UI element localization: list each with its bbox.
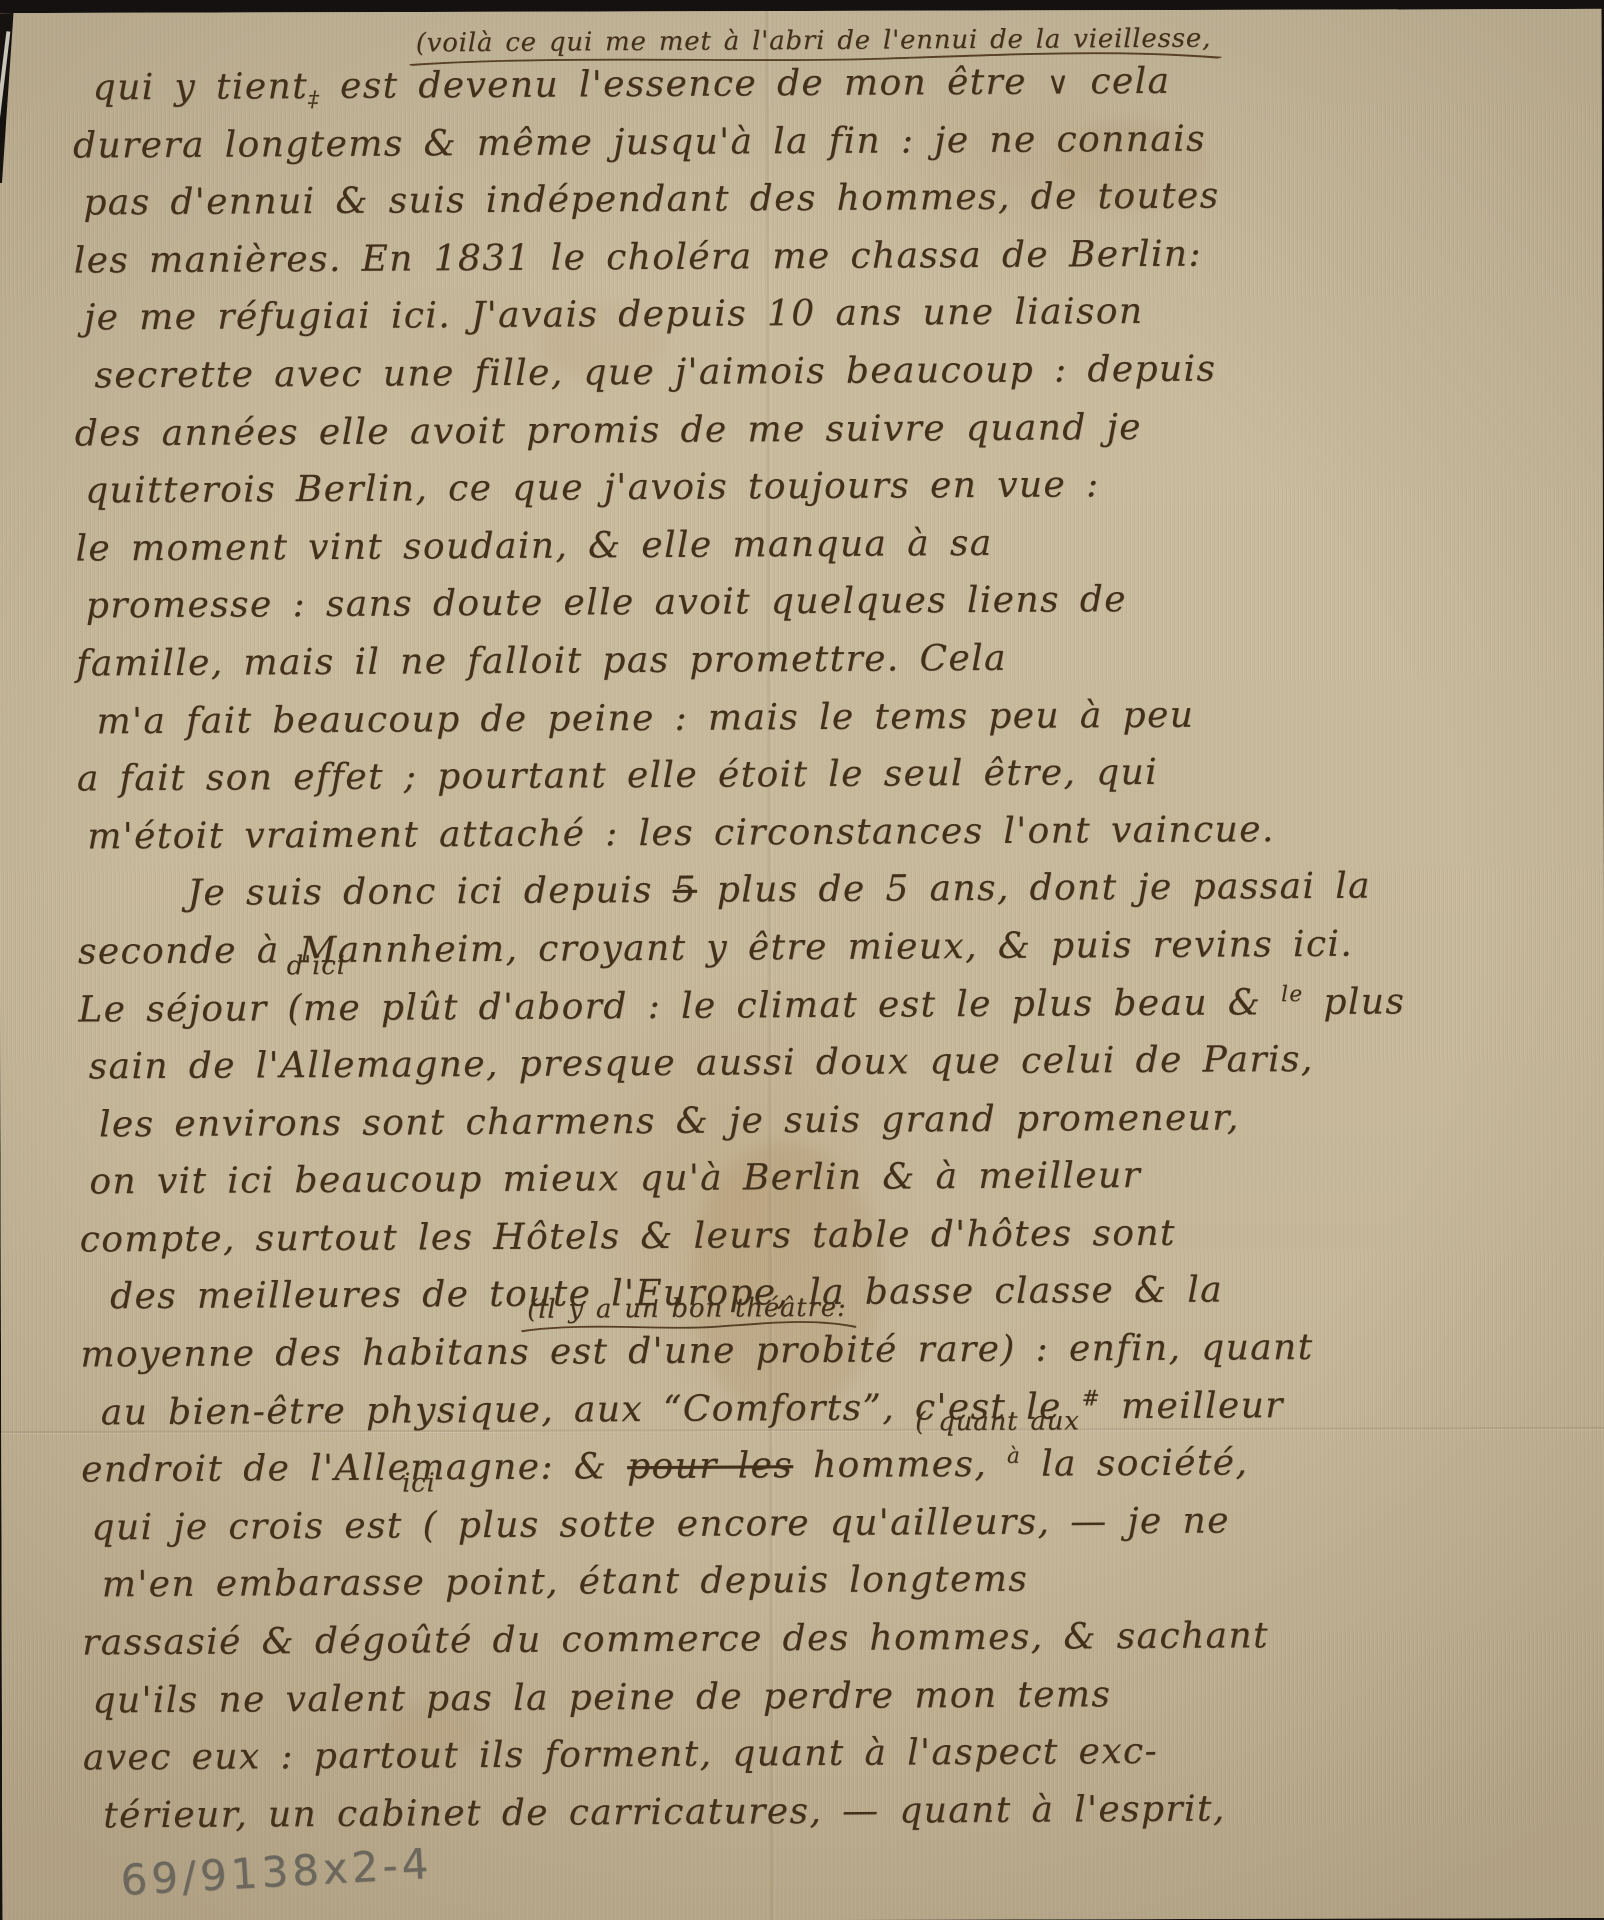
text-segment: quitterois Berlin, ce que j'avois toujou…	[85, 464, 1100, 511]
interlinear-insertion: (voilà ce qui me met à l'abri de l'ennui…	[416, 26, 1211, 57]
manuscript-line: m'a fait beaucoup de peine : mais le tem…	[96, 684, 1566, 751]
manuscript-line: sain de l'Allemagne, presque aussi doux …	[88, 1029, 1568, 1096]
text-segment: on vit ici beaucoup mieux qu'à Berlin & …	[89, 1155, 1141, 1202]
insertion-text: ( quant aux	[915, 1407, 1080, 1438]
manuscript-line: compte, surtout les Hôtels & leurs table…	[80, 1202, 1570, 1269]
text-segment: plus	[1303, 981, 1405, 1023]
text-segment: endroit de l'Allemagne: &	[81, 1446, 627, 1490]
text-segment: promesse : sans doute elle avoit quelque…	[86, 579, 1127, 626]
text-segment: #	[1081, 1386, 1101, 1411]
interlinear-insertion: ( quant aux	[915, 1409, 1080, 1436]
text-segment: m'étoit vraiment attaché : les circonsta…	[87, 809, 1275, 857]
text-segment: meilleur	[1101, 1385, 1284, 1427]
insertion-text: ici	[402, 1468, 436, 1498]
manuscript-line: famille, mais il ne falloit pas promettr…	[76, 626, 1566, 693]
manuscript-line: promesse : sans doute elle avoit quelque…	[86, 569, 1566, 636]
text-segment: hommes,	[793, 1444, 1007, 1486]
text-segment: térieur, un cabinet de carricatures, — q…	[103, 1788, 1226, 1836]
text-segment: le moment vint soudain, & elle manqua à …	[75, 523, 992, 570]
text-segment: qu'ils ne valent pas la peine de perdre …	[92, 1674, 1111, 1721]
text-segment: Je suis donc ici depuis	[187, 870, 672, 914]
text-segment: cela	[1070, 61, 1170, 103]
manuscript-line: qui y tient‡ est devenu l'essence de mon…	[93, 50, 1563, 117]
manuscript-line: des années elle avoit promis de me suivr…	[75, 396, 1565, 463]
manuscript-line: quitterois Berlin, ce que j'avois toujou…	[85, 454, 1565, 521]
text-segment: des années elle avoit promis de me suivr…	[75, 407, 1142, 455]
manuscript-line: qu'ils ne valent pas la peine de perdre …	[92, 1663, 1572, 1730]
manuscript-line: Je suis donc ici depuis 5 plus de 5 ans,…	[187, 857, 1567, 923]
interlinear-insertion: (il y a un bon théâtre:	[527, 1295, 846, 1323]
text-segment: qui je crois est ( plus sotte encore qu'…	[91, 1500, 1230, 1548]
manuscript-line: pas d'ennui & suis indépendant des homme…	[83, 166, 1563, 233]
manuscript-page: qui y tient‡ est devenu l'essence de mon…	[0, 9, 1604, 1920]
text-segment: à	[1007, 1444, 1021, 1469]
text-segment: sain de l'Allemagne, presque aussi doux …	[89, 1039, 1314, 1087]
text-segment: les manières. En 1831 le choléra me chas…	[74, 233, 1202, 281]
manuscript-line: je me réfugiai ici. J'avais depuis 10 an…	[84, 281, 1564, 348]
text-segment: compte, surtout les Hôtels & leurs table…	[80, 1213, 1176, 1261]
manuscript-line: moyenne des habitans est d'une probité r…	[80, 1317, 1570, 1384]
text-segment: durera longtems & même jusqu'à la fin : …	[73, 118, 1206, 166]
text-segment: pas d'ennui & suis indépendant des homme…	[83, 176, 1219, 224]
text-segment: famille, mais il ne falloit pas promettr…	[76, 638, 1007, 685]
manuscript-line: a fait son effet ; pourtant elle étoit l…	[77, 742, 1567, 809]
text-segment: le	[1281, 982, 1304, 1007]
manuscript-line: qui je crois est ( plus sotte encore qu'…	[91, 1490, 1571, 1557]
manuscript-line: les environs sont charmens & je suis gra…	[99, 1087, 1569, 1154]
manuscript-line: avec eux : partout ils forment, quant à …	[83, 1721, 1573, 1788]
text-segment: plus de 5 ans, dont je passai la	[697, 866, 1371, 911]
letter-text: qui y tient‡ est devenu l'essence de mon…	[73, 50, 1574, 1844]
text-segment: seconde à Mannheim, croyant y être mieux…	[78, 924, 1353, 973]
manuscript-line: au bien-être physique, aux “Comforts”, c…	[101, 1375, 1571, 1442]
text-segment: secrette avec une fille, que j'aimois be…	[94, 349, 1216, 397]
text-segment: ∨	[1047, 66, 1071, 101]
text-segment: m'en embarasse point, étant depuis longt…	[102, 1559, 1029, 1606]
text-segment: 5	[673, 870, 698, 911]
text-segment: pour les	[627, 1445, 793, 1487]
text-segment: la société,	[1021, 1443, 1248, 1485]
insertion-underline	[521, 1317, 856, 1335]
text-segment: moyenne des habitans est d'une probité r…	[80, 1327, 1313, 1376]
manuscript-line: les manières. En 1831 le choléra me chas…	[74, 223, 1564, 290]
text-segment: rassasié & dégoûté du commerce des homme…	[82, 1615, 1269, 1663]
manuscript-line: on vit ici beaucoup mieux qu'à Berlin & …	[89, 1145, 1569, 1212]
text-segment: a fait son effet ; pourtant elle étoit l…	[77, 752, 1158, 800]
text-segment: avec eux : partout ils forment, quant à …	[83, 1731, 1158, 1779]
manuscript-line: m'étoit vraiment attaché : les circonsta…	[87, 799, 1567, 866]
manuscript-line: Le séjour (me plût d'abord : le climat e…	[78, 972, 1568, 1039]
text-segment: ‡	[308, 87, 320, 112]
manuscript-line: rassasié & dégoûté du commerce des homme…	[82, 1605, 1572, 1672]
interlinear-insertion: d'ici	[287, 952, 346, 978]
manuscript-line: durera longtems & même jusqu'à la fin : …	[73, 108, 1563, 175]
text-segment: qui y tient	[93, 66, 309, 108]
interlinear-insertion: ici	[402, 1470, 436, 1496]
text-segment: est devenu l'essence de mon être	[320, 62, 1047, 107]
catalog-number: 69/9138x2-4	[119, 1839, 433, 1905]
text-segment: les environs sont charmens & je suis gra…	[99, 1097, 1240, 1145]
text-segment: m'a fait beaucoup de peine : mais le tem…	[96, 694, 1194, 742]
manuscript-line: térieur, un cabinet de carricatures, — q…	[103, 1778, 1573, 1845]
manuscript-line: endroit de l'Allemagne: & pour les homme…	[81, 1433, 1571, 1500]
manuscript-line: secrette avec une fille, que j'aimois be…	[94, 338, 1564, 405]
text-segment: je me réfugiai ici. J'avais depuis 10 an…	[84, 291, 1144, 338]
manuscript-line: le moment vint soudain, & elle manqua à …	[75, 511, 1565, 578]
manuscript-line: m'en embarasse point, étant depuis longt…	[102, 1548, 1572, 1615]
text-segment: Le séjour (me plût d'abord : le climat e…	[78, 982, 1281, 1030]
insertion-text: d'ici	[287, 950, 346, 980]
